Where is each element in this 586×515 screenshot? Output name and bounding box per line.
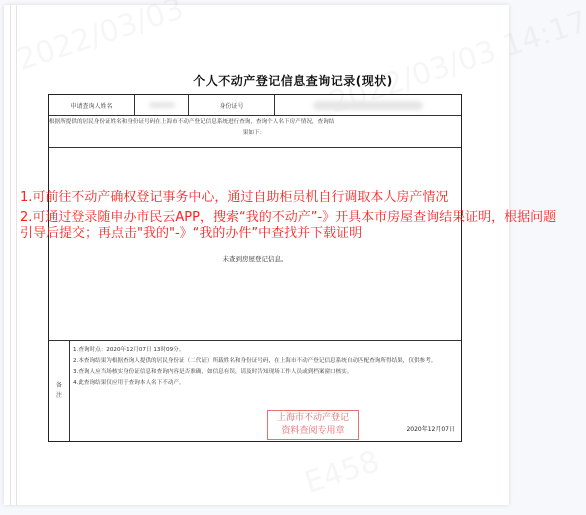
remark-item: 2.本查询结果为根据查询人提供的居民身份证（二代证）所载姓名和身份证号码，在上海… <box>73 356 457 367</box>
record-table: 申请查询人姓名 身份证号 根据所提供的居民身份证姓名和身份证号码在上海市不动产登… <box>48 94 462 442</box>
query-intro-line2: 果如下： <box>49 128 459 139</box>
redacted-name <box>149 102 175 108</box>
document-title: 个人不动产登记信息查询记录(现状) <box>0 72 586 89</box>
applicant-row: 申请查询人姓名 身份证号 <box>49 95 461 116</box>
query-intro: 根据所提供的居民身份证姓名和身份证号码在上海市不动产登记信息系统进行查询，查询个… <box>49 117 459 139</box>
remarks-section: 备 注 1.查询时点：2020年12月07日 13时09分。 2.本查询结果为根… <box>49 340 461 441</box>
applicant-name-value <box>135 95 189 115</box>
official-seal: 上海市不动产登记 资料查阅专用章 <box>267 410 359 440</box>
remarks-label-top: 备 <box>56 381 62 391</box>
remark-item: 1.查询时点：2020年12月07日 13时09分。 <box>73 345 457 356</box>
seal-line1: 上海市不动产登记 <box>268 412 358 425</box>
issue-date: 2020年12月07日 <box>406 424 455 433</box>
annotation-item: 2.可通过登录随申办市民云APP，搜索“我的不动产”-》开具本市房屋查询结果证明… <box>20 210 560 242</box>
applicant-name-label: 申请查询人姓名 <box>49 95 135 115</box>
watermark: 2022/03/03 <box>13 0 188 78</box>
red-annotation: 1.可前往不动产确权登记事务中心，通过自助柜员机自行调取本人房产情况 2.可通过… <box>20 190 560 246</box>
remarks-list: 1.查询时点：2020年12月07日 13时09分。 2.本查询结果为根据查询人… <box>73 345 457 389</box>
remarks-label: 备 注 <box>49 341 70 441</box>
divider <box>49 147 461 148</box>
annotation-item: 1.可前往不动产确权登记事务中心，通过自助柜员机自行调取本人房产情况 <box>20 190 560 206</box>
remark-item: 3.查询人应当场核实身份证信息和查询内容是否准确，如信息有误，请及时告知现场工作… <box>73 367 457 378</box>
remark-item: 4.此查询结果仅应用于查询本人名下不动产。 <box>73 378 457 389</box>
redacted-id-number <box>313 101 423 110</box>
id-number-value <box>275 95 461 115</box>
remarks-label-bottom: 注 <box>56 391 62 401</box>
seal-line2: 资料查阅专用章 <box>268 425 358 438</box>
query-result: 未查到房屋登记信息。 <box>49 254 461 263</box>
query-intro-line1: 根据所提供的居民身份证姓名和身份证号码在上海市不动产登记信息系统进行查询，查询个… <box>49 117 459 128</box>
id-number-label: 身份证号 <box>189 95 275 115</box>
watermark: E458 <box>300 444 383 501</box>
